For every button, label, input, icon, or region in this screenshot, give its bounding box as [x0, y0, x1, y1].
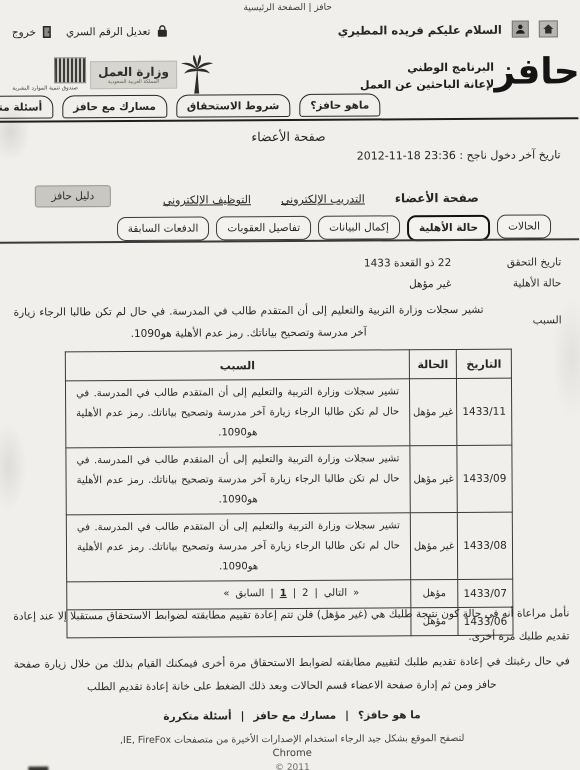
nav-tab-what-is-hafiz[interactable]: ماهو حافز؟: [299, 93, 380, 116]
scan-artifact: [28, 766, 48, 770]
print-header: حافز | الصفحة الرئيسية: [0, 1, 578, 15]
pagination-divider: |: [314, 588, 317, 599]
link-e-employment[interactable]: التوظيف الإلكتروني: [163, 193, 251, 207]
note-paragraph: في حال رغبتك في إعادة تقديم طلبك لتقييم …: [14, 650, 570, 699]
cell-date: 1433/11: [456, 378, 511, 445]
user-icon: [512, 21, 529, 38]
table-row: 1433/08 غير مؤهل تشير سجلات وزارة التربي…: [66, 512, 512, 582]
cell-status: غير مؤهل: [410, 445, 457, 512]
col-header-status: الحالة: [409, 349, 456, 378]
user-greeting: السلام عليكم فريده المطيري: [338, 22, 502, 37]
nav-tab-eligibility-conditions[interactable]: شروط الاستحقاق: [176, 94, 291, 118]
footer-divider: |: [241, 710, 245, 722]
table-header-row: التاريخ الحالة السبب: [65, 349, 511, 381]
topbar-right: السلام عليكم فريده المطيري: [338, 20, 558, 38]
link-members-page[interactable]: صفحة الأعضاء: [395, 191, 479, 206]
program-name-line2: لإعانة الباحثين عن العمل: [360, 76, 494, 94]
status-label: حالة الأهلية: [483, 277, 561, 289]
tab-eligibility-status[interactable]: حالة الأهلية: [407, 215, 490, 242]
home-icon[interactable]: [539, 20, 558, 37]
cell-date: 1433/08: [457, 512, 512, 579]
status-row: حالة الأهلية غير مؤهل: [13, 277, 561, 292]
footer-link-your-track[interactable]: مسارك مع حافز: [253, 710, 336, 723]
footer-divider: |: [345, 710, 349, 722]
check-date-row: تاريخ التحقق 22 ذو القعدة 1433: [13, 256, 561, 271]
hafiz-logo: حافز: [502, 48, 572, 94]
tab-cases[interactable]: الحالات: [497, 214, 551, 238]
footer-link-faq[interactable]: أسئلة متكررة: [163, 710, 231, 722]
hrdf-caption: صندوق تنمية الموارد البشرية: [4, 85, 86, 92]
eligibility-details: تاريخ التحقق 22 ذو القعدة 1433 حالة الأه…: [13, 256, 562, 354]
tab-complete-data[interactable]: إكمال البيانات: [318, 215, 400, 239]
pagination-divider: |: [270, 588, 273, 599]
lock-icon: [156, 25, 167, 38]
palm-tree-icon: [179, 54, 215, 94]
cell-reason: تشير سجلات وزارة التربية والتعليم إلى أن…: [66, 446, 410, 515]
notes-section: نأمل مراعاة أنه في حالة كون نتيجة طلبك ه…: [13, 602, 570, 701]
hrdf-logo: صندوق تنمية الموارد البشرية: [4, 57, 86, 92]
scan-smudge: [0, 422, 27, 512]
pagination-open-mark: «: [223, 588, 229, 599]
table-row: 1433/09 غير مؤهل تشير سجلات وزارة التربي…: [66, 445, 512, 515]
last-login-value: 2012-11-18 23:36: [357, 149, 456, 163]
pagination-previous[interactable]: السابق: [235, 588, 264, 599]
table-row: 1433/11 غير مؤهل تشير سجلات وزارة التربي…: [65, 378, 511, 448]
hafiz-guide-button[interactable]: دليل حافز: [35, 185, 111, 207]
note-paragraph: نأمل مراعاة أنه في حالة كون نتيجة طلبك ه…: [13, 602, 569, 651]
footer-link-what-is-hafiz[interactable]: ما هو حافز؟: [358, 709, 421, 721]
main-nav: ماهو حافز؟ شروط الاستحقاق مسارك مع حافز …: [10, 93, 380, 118]
logout-link[interactable]: خروج: [12, 26, 36, 38]
ministry-logo: وزارة العمل المملكة العربية السعودية: [90, 54, 215, 95]
hrdf-mark-icon: [54, 57, 86, 83]
cell-status: غير مؤهل: [409, 378, 456, 445]
copyright-line: 2011 ©: [2, 761, 580, 770]
scanned-page: حافز | الصفحة الرئيسية السلام عليكم فريد…: [0, 0, 580, 770]
tabs-divider: [0, 238, 579, 243]
member-section-links: صفحة الأعضاء التدريب الإلكتروني التوظيف …: [163, 191, 479, 207]
cell-reason: تشير سجلات وزارة التربية والتعليم إلى أن…: [65, 379, 409, 448]
ministry-subtitle: المملكة العربية السعودية: [98, 79, 169, 86]
check-date-value: 22 ذو القعدة 1433: [364, 257, 451, 270]
program-name: البرنامج الوطني لإعانة الباحثين عن العمل: [360, 59, 494, 94]
cell-status: غير مؤهل: [410, 512, 457, 579]
col-header-reason: السبب: [65, 350, 409, 381]
reason-value: تشير سجلات وزارة التربية والتعليم إلى أن…: [13, 299, 483, 346]
last-login-label: تاريخ آخر دخول ناجح :: [459, 148, 560, 162]
status-value: غير مؤهل: [409, 278, 451, 290]
last-login: تاريخ آخر دخول ناجح : 2012-11-18 23:36: [357, 148, 561, 162]
reason-row: السبب تشير سجلات وزارة التربية والتعليم …: [13, 298, 561, 345]
check-date-label: تاريخ التحقق: [483, 256, 561, 268]
pagination-divider: |: [293, 588, 296, 599]
reason-label: السبب: [484, 314, 562, 326]
nav-tab-faq[interactable]: أسئلة متكررة: [0, 95, 53, 119]
ministry-text: وزارة العمل المملكة العربية السعودية: [90, 61, 177, 90]
pagination-page-1[interactable]: 1: [280, 588, 287, 599]
pagination-next[interactable]: التالي: [324, 588, 347, 599]
pagination-close-mark: »: [353, 588, 359, 599]
tab-penalty-details[interactable]: تفاصيل العقوبات: [216, 216, 311, 241]
nav-tab-your-track[interactable]: مسارك مع حافز: [62, 95, 167, 119]
pagination-page-2[interactable]: 2: [302, 588, 308, 599]
program-name-line1: البرنامج الوطني: [360, 59, 494, 77]
footer-links: ما هو حافز؟ | مسارك مع حافز | أسئلة متكر…: [2, 708, 580, 724]
link-e-training[interactable]: التدريب الإلكتروني: [281, 193, 365, 207]
browser-note: لتصفح الموقع بشكل جيد الرجاء استخدام الإ…: [2, 732, 580, 747]
topbar-left: تعديل الرقم السري خروج: [12, 25, 168, 39]
tab-previous-payments[interactable]: الدفعات السابقة: [117, 216, 210, 241]
exit-door-icon: [42, 25, 52, 38]
page-title: صفحة الأعضاء: [0, 127, 579, 146]
browser-note-line2: Chrome: [2, 746, 580, 761]
cell-reason: تشير سجلات وزارة التربية والتعليم إلى أن…: [66, 513, 410, 582]
col-header-date: التاريخ: [456, 349, 511, 378]
change-pin-link[interactable]: تعديل الرقم السري: [66, 25, 151, 38]
cell-date: 1433/09: [457, 445, 512, 512]
ministry-name: وزارة العمل: [98, 65, 169, 79]
